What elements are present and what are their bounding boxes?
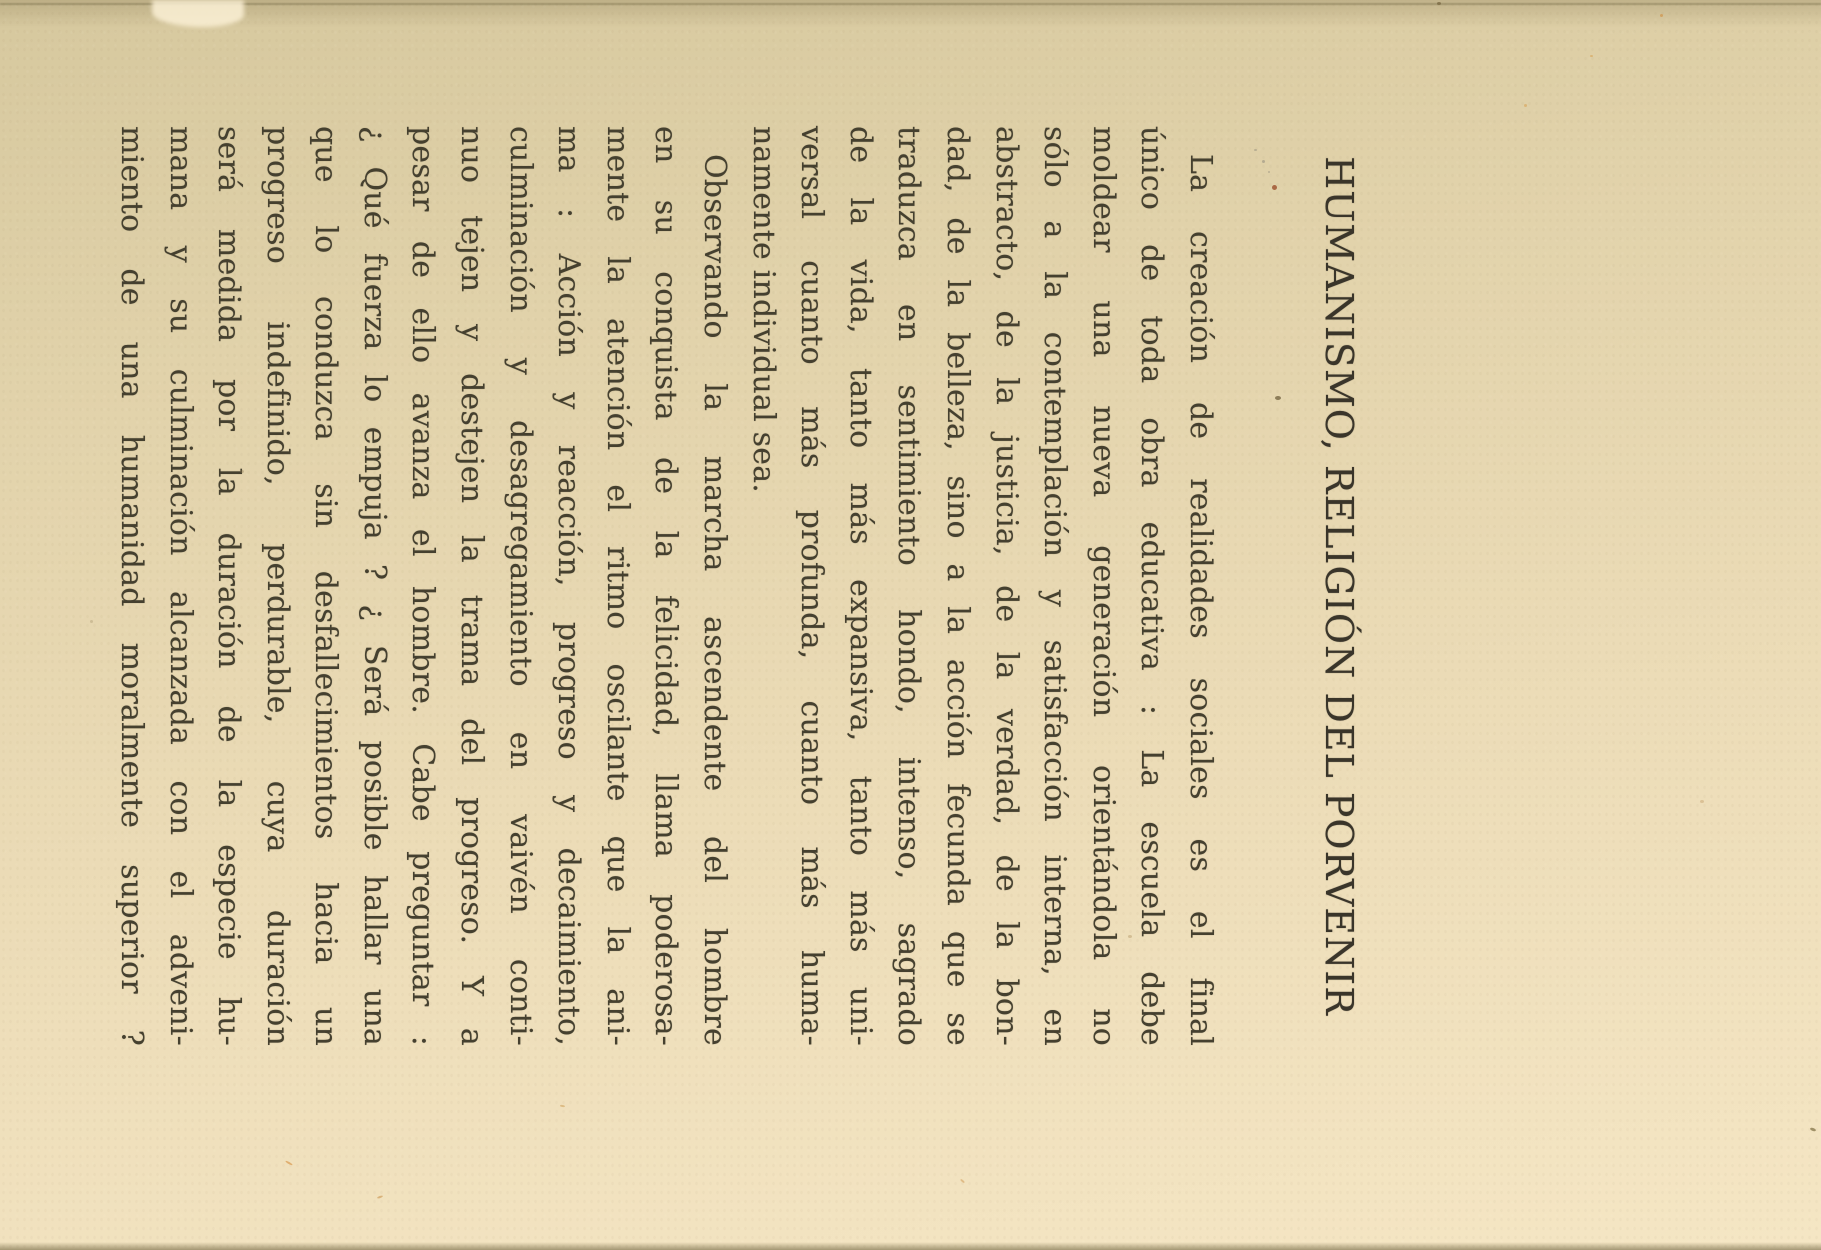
scanned-book-page: HUMANISMO, RELIGIÓN DEL PORVENIR La crea… — [0, 0, 1821, 1250]
body-line: de la vida, tanto más expansiva, tanto m… — [835, 126, 884, 1046]
paper-speck — [285, 1160, 293, 1166]
paper-speck — [960, 1179, 965, 1184]
body-line: sólo a la contemplación y satisfacción i… — [1030, 126, 1079, 1046]
body-line: namente individual sea. — [738, 126, 787, 1046]
page-title: HUMANISMO, RELIGIÓN DEL PORVENIR — [1316, 126, 1362, 1046]
body-line: miento de una humanidad moralmente super… — [106, 126, 155, 1046]
body-line: mente la atención el ritmo oscilante que… — [592, 126, 641, 1046]
body-line: será medida por la duración de la especi… — [204, 126, 253, 1046]
paper-speck — [1275, 396, 1281, 400]
paper-speck — [1272, 185, 1277, 190]
body-line: que lo conduzca sin desfallecimientos ha… — [301, 126, 350, 1046]
body-line: dad, de la belleza, sino a la acción fec… — [932, 126, 981, 1046]
body-line: en su conquista de la felicidad, llama p… — [641, 126, 690, 1046]
paper-speck — [1660, 14, 1663, 17]
body-line: nuo tejen y destejen la trama del progre… — [447, 126, 496, 1046]
paper-speck — [560, 1105, 565, 1108]
body-line: versal cuanto más profunda, cuanto más h… — [787, 126, 836, 1046]
paper-speck — [1437, 2, 1441, 5]
page-bottom-edge-shadow — [0, 1242, 1821, 1250]
paper-speck — [1128, 935, 1132, 938]
paper-speck — [1524, 104, 1527, 107]
paper-speck — [1254, 149, 1257, 151]
paper-speck — [1810, 1127, 1817, 1132]
paper-speck — [1262, 160, 1265, 163]
paper-speck — [1700, 800, 1704, 803]
body-line: culminación y desagregamiento en vaivén … — [495, 126, 544, 1046]
paper-speck — [1590, 55, 1593, 57]
body-line: Observando la marcha ascendente del homb… — [689, 126, 738, 1046]
body-line: La creación de realidades sociales es el… — [1175, 126, 1224, 1046]
paper-speck — [90, 620, 93, 623]
body-line: mana y su culminación alcanzada con el a… — [155, 126, 204, 1046]
body-line: ¿ Qué fuerza lo empuja ? ¿ Será posible … — [349, 126, 398, 1046]
paper-speck — [1268, 171, 1270, 173]
body-line: único de toda obra educativa : La escuel… — [1127, 126, 1176, 1046]
body-line: traduzca en sentimiento hondo, intenso, … — [884, 126, 933, 1046]
paper-speck — [240, 470, 244, 473]
body-line: pesar de ello avanza el hombre. Cabe pre… — [398, 126, 447, 1046]
paper-speck — [377, 1195, 383, 1199]
rotated-text-block: HUMANISMO, RELIGIÓN DEL PORVENIR La crea… — [106, 126, 1362, 1046]
body-line: ma : Acción y reacción, progreso y decai… — [544, 126, 593, 1046]
body-line: moldear una nueva generación orientándol… — [1078, 126, 1127, 1046]
body-line: progreso indefinido, perdurable, cuya du… — [252, 126, 301, 1046]
body-line: abstracto, de la justicia, de la verdad,… — [981, 126, 1030, 1046]
page-top-edge-line — [0, 3, 1821, 5]
